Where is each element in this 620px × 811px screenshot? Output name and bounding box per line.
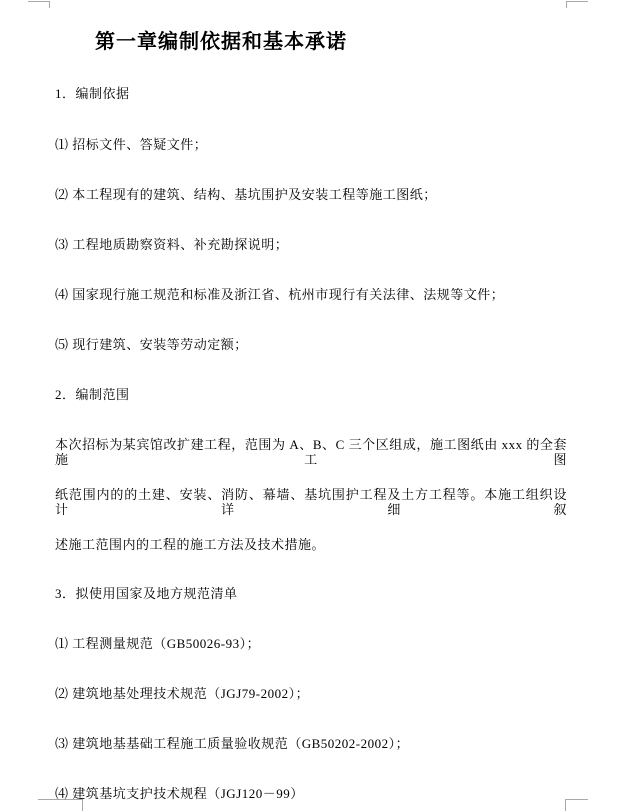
crop-mark-top-left bbox=[28, 1, 50, 8]
section-1-item-2: ⑵ 本工程现有的建筑、结构、基坑围护及安装工程等施工图纸； bbox=[55, 187, 567, 202]
section-3-item-1: ⑴ 工程测量规范（GB50026-93）； bbox=[55, 636, 567, 651]
crop-mark-bottom-right bbox=[565, 799, 588, 811]
section-2-paragraph-line-1: 本次招标为某宾馆改扩建工程，范围为 A、B、C 三个区组成，施工图纸由 xxx … bbox=[55, 437, 567, 467]
section-2-paragraph-line-3: 述施工范围内的工程的施工方法及技术措施。 bbox=[55, 537, 567, 552]
section-1-heading: 1．编制依据 bbox=[55, 86, 567, 101]
section-3-item-3: ⑶ 建筑地基基础工程施工质量验收规范（GB50202-2002）； bbox=[55, 736, 567, 751]
section-1-item-3: ⑶ 工程地质勘察资料、补充勘探说明； bbox=[55, 237, 567, 252]
crop-mark-top-right bbox=[566, 1, 588, 8]
section-3-item-2: ⑵ 建筑地基处理技术规范（JGJ79-2002）； bbox=[55, 686, 567, 701]
section-1-item-5: ⑸ 现行建筑、安装等劳动定额； bbox=[55, 337, 567, 352]
chapter-title: 第一章编制依据和基本承诺 bbox=[95, 25, 347, 54]
section-2-heading: 2．编制范围 bbox=[55, 387, 567, 402]
document-page[interactable]: 第一章编制依据和基本承诺 1．编制依据 ⑴ 招标文件、答疑文件； ⑵ 本工程现有… bbox=[0, 0, 620, 811]
section-1-item-4: ⑷ 国家现行施工规范和标准及浙江省、杭州市现行有关法律、法规等文件； bbox=[55, 287, 567, 302]
section-1-item-1: ⑴ 招标文件、答疑文件； bbox=[55, 137, 567, 152]
section-2-paragraph-line-2: 纸范围内的的土建、安装、消防、幕墙、基坑围护工程及土方工程等。本施工组织设计详细… bbox=[55, 487, 567, 517]
section-3-heading: 3．拟使用国家及地方规范清单 bbox=[55, 586, 567, 601]
section-3-item-4: ⑷ 建筑基坑支护技术规程（JGJ120－99） bbox=[55, 786, 567, 801]
